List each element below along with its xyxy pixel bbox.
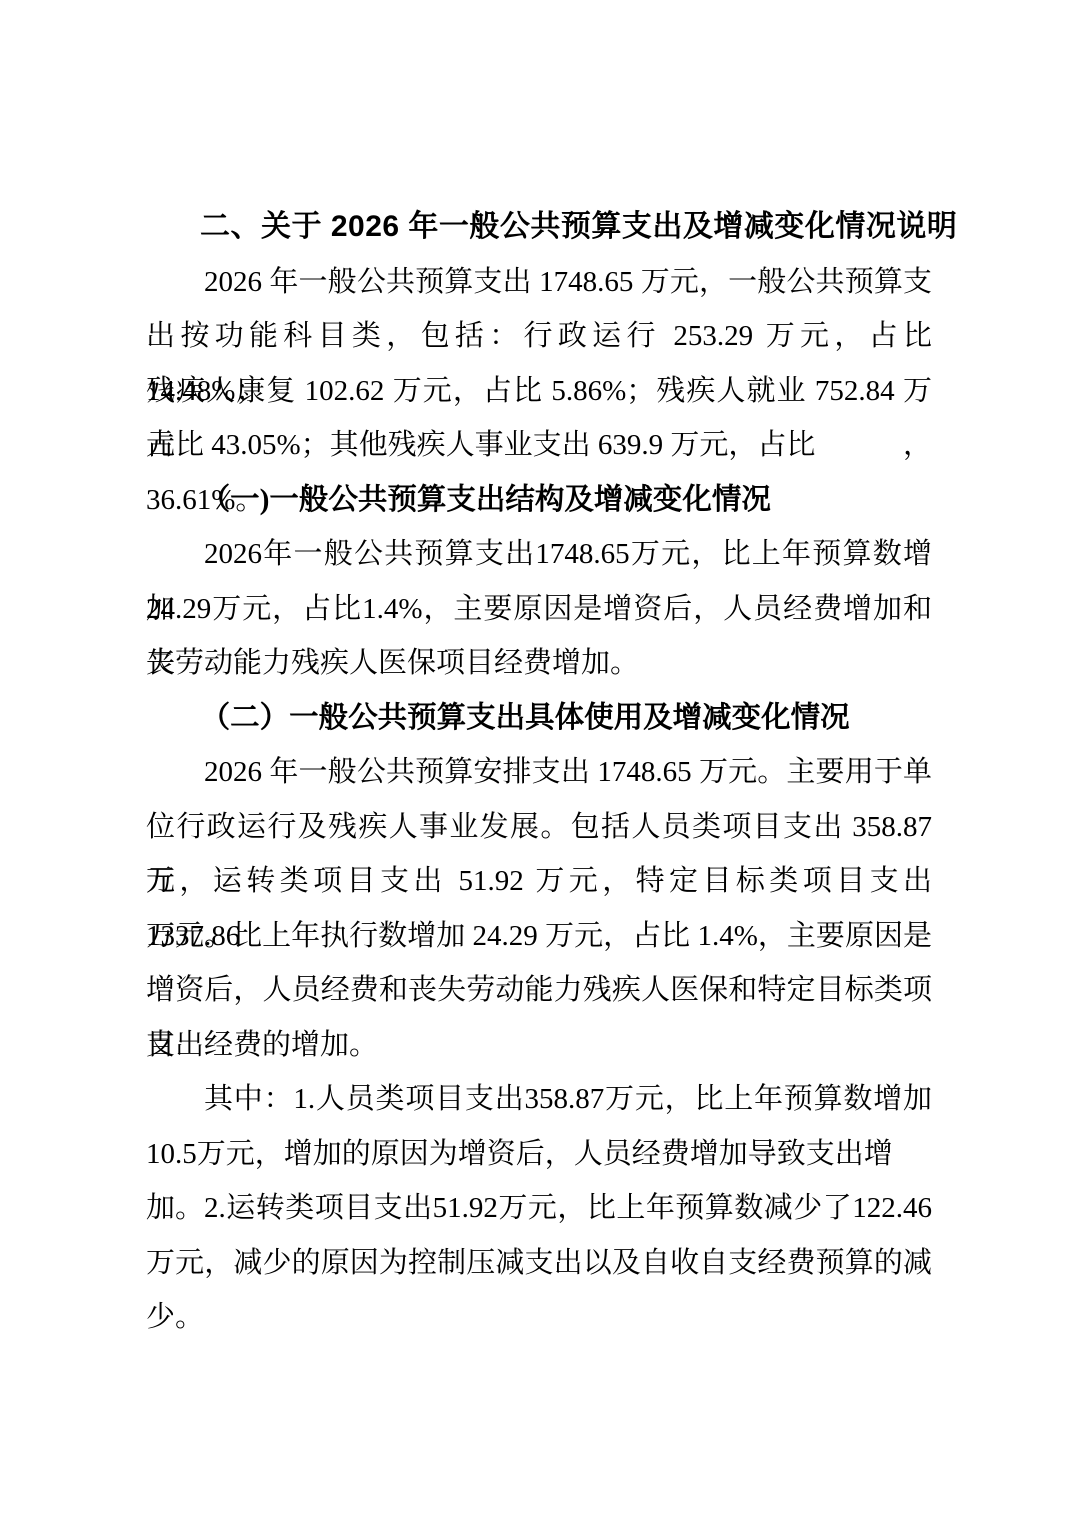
paragraph-personnel-projects: 其中：1.人员类项目支出358.87万元，比上年预算数增加 10.5万元，增加的… <box>146 1072 932 1181</box>
paragraph-line: 元，运转类项目支出 51.92 万元，特定目标类项目支出 1337.86 <box>146 854 932 909</box>
paragraph-structure-change: 2026年一般公共预算支出1748.65万元，比上年预算数增加 24.29万元，… <box>146 527 932 691</box>
paragraph-operation-projects: 2.运转类项目支出51.92万元，比上年预算数减少了122.46 万元，减少的原… <box>146 1181 932 1345</box>
section-heading-2: （二）一般公共预算支出具体使用及增减变化情况 <box>146 691 932 746</box>
paragraph-line: 24.29万元，占比1.4%，主要原因是增资后，人员经费增加和丧 <box>146 582 932 637</box>
paragraph-line: 占比 43.05%；其他残疾人事业支出 639.9 万元，占比 36.61%。 <box>146 418 932 473</box>
paragraph-line: 增资后，人员经费和丧失劳动能力残疾人医保和特定目标类项目 <box>146 963 932 1018</box>
paragraph-line: 少。 <box>146 1290 932 1345</box>
paragraph-line: 2026 年一般公共预算安排支出 1748.65 万元。主要用于单 <box>146 745 932 800</box>
paragraph-line: 支出经费的增加。 <box>146 1018 932 1073</box>
paragraph-line: 其中：1.人员类项目支出358.87万元，比上年预算数增加 <box>146 1072 932 1127</box>
paragraph-line: 10.5万元，增加的原因为增资后，人员经费增加导致支出增加。 <box>146 1127 932 1182</box>
paragraph-line: 位行政运行及残疾人事业发展。包括人员类项目支出 358.87 万 <box>146 800 932 855</box>
paragraph-line: 2026 年一般公共预算支出 1748.65 万元，一般公共预算支 <box>146 255 932 310</box>
document-page: 二、关于 2026 年一般公共预算支出及增减变化情况说明 2026 年一般公共预… <box>0 0 1074 1520</box>
paragraph-line: 万元，减少的原因为控制压减支出以及自收自支经费预算的减 <box>146 1236 932 1291</box>
paragraph-line: 残疾人康复 102.62 万元，占比 5.86%；残疾人就业 752.84 万元… <box>146 364 932 419</box>
document-title: 二、关于 2026 年一般公共预算支出及增减变化情况说明 <box>146 200 932 255</box>
paragraph-line: 2026年一般公共预算支出1748.65万元，比上年预算数增加 <box>146 527 932 582</box>
paragraph-overview: 2026 年一般公共预算支出 1748.65 万元，一般公共预算支 出按功能科目… <box>146 255 932 473</box>
paragraph-line: 出按功能科目类，包括：行政运行 253.29 万元，占比 14.48%； <box>146 309 932 364</box>
paragraph-line: 万元。比上年执行数增加 24.29 万元，占比 1.4%，主要原因是 <box>146 909 932 964</box>
paragraph-usage-change: 2026 年一般公共预算安排支出 1748.65 万元。主要用于单 位行政运行及… <box>146 745 932 1072</box>
paragraph-line: 失劳动能力残疾人医保项目经费增加。 <box>146 636 932 691</box>
document-body: 二、关于 2026 年一般公共预算支出及增减变化情况说明 2026 年一般公共预… <box>146 200 932 1345</box>
section-heading-1: （一)一般公共预算支出结构及增减变化情况 <box>146 473 932 528</box>
paragraph-line: 2.运转类项目支出51.92万元，比上年预算数减少了122.46 <box>146 1181 932 1236</box>
